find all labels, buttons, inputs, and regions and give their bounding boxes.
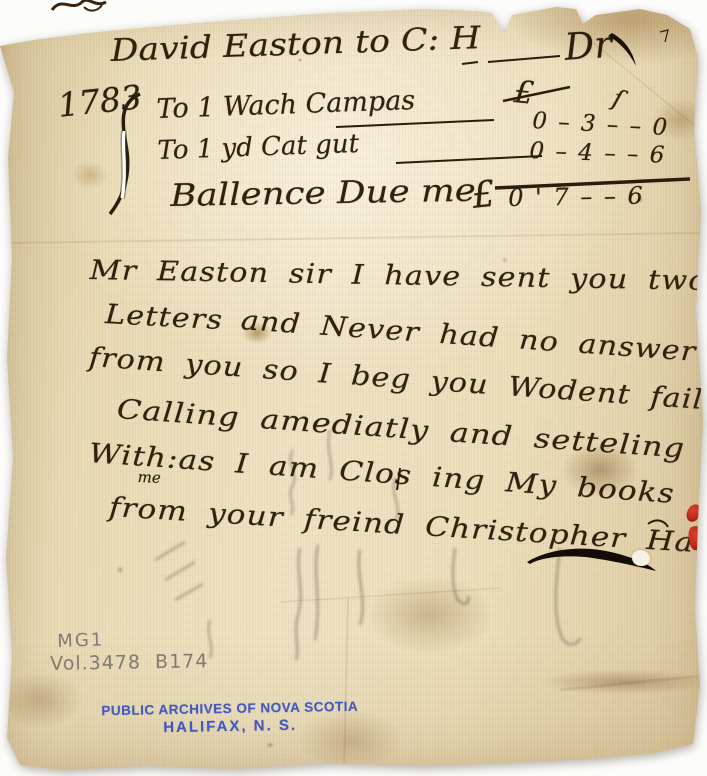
stained-crease — [560, 676, 700, 690]
letter-line: Letters — [104, 299, 223, 336]
letter-line: Mr Easton sir I have sent you two — [89, 255, 707, 297]
shilling-mark: ſ — [609, 84, 626, 113]
red-wax-mark — [687, 525, 705, 551]
fold-crease — [6, 233, 700, 243]
diagonal-crease — [280, 588, 500, 602]
balance-label: Ballence Due me — [170, 173, 476, 214]
pound-symbol-total: £ — [470, 174, 497, 217]
red-wax-mark — [685, 503, 702, 524]
account-year: 1783 — [56, 77, 144, 125]
account-item-label: To 1 yd Cat gut — [157, 129, 360, 166]
tear-shadow — [122, 131, 124, 198]
item-dash-rule — [396, 156, 542, 163]
pound-symbol-crossed: £ — [512, 74, 535, 112]
paper-surface: David Easton to C: H Dr 1783 To 1 Wach C… — [0, 0, 707, 776]
account-item-amount: 0 – 4 – – 6 — [529, 138, 667, 169]
item-dash-rule — [336, 120, 494, 127]
debtor-heading: David Easton to C: H — [110, 20, 481, 69]
stamp-line: PUBLIC ARCHIVES OF NOVA SCOTIA — [100, 699, 360, 719]
vertical-crease — [344, 598, 348, 776]
heading-dash-rule — [462, 56, 560, 64]
balance-amount: 0 ' 7 – – 6 — [508, 182, 645, 212]
archive-stamp: PUBLIC ARCHIVES OF NOVA SCOTIA HALIFAX, … — [100, 699, 361, 738]
account-item-amount: 0 – 3 – – 0 — [532, 108, 670, 141]
paper-sheet: David Easton to C: H Dr 1783 To 1 Wach C… — [0, 0, 707, 776]
stamp-line: HALIFAX, N. S. — [100, 716, 360, 738]
white-repair-patch — [632, 550, 650, 566]
debit-abbreviation: Dr — [563, 23, 613, 69]
inserted-word: me — [137, 468, 161, 487]
pencil-reference: Vol.3478 B174 — [50, 650, 209, 675]
pencil-reference: MG1 — [57, 629, 105, 652]
paper-tear-hole — [122, 131, 124, 198]
document-scan: David Easton to C: H Dr 1783 To 1 Wach C… — [0, 0, 707, 776]
small-mark — [660, 30, 668, 42]
account-item-label: To 1 Wach Campas — [156, 85, 416, 125]
